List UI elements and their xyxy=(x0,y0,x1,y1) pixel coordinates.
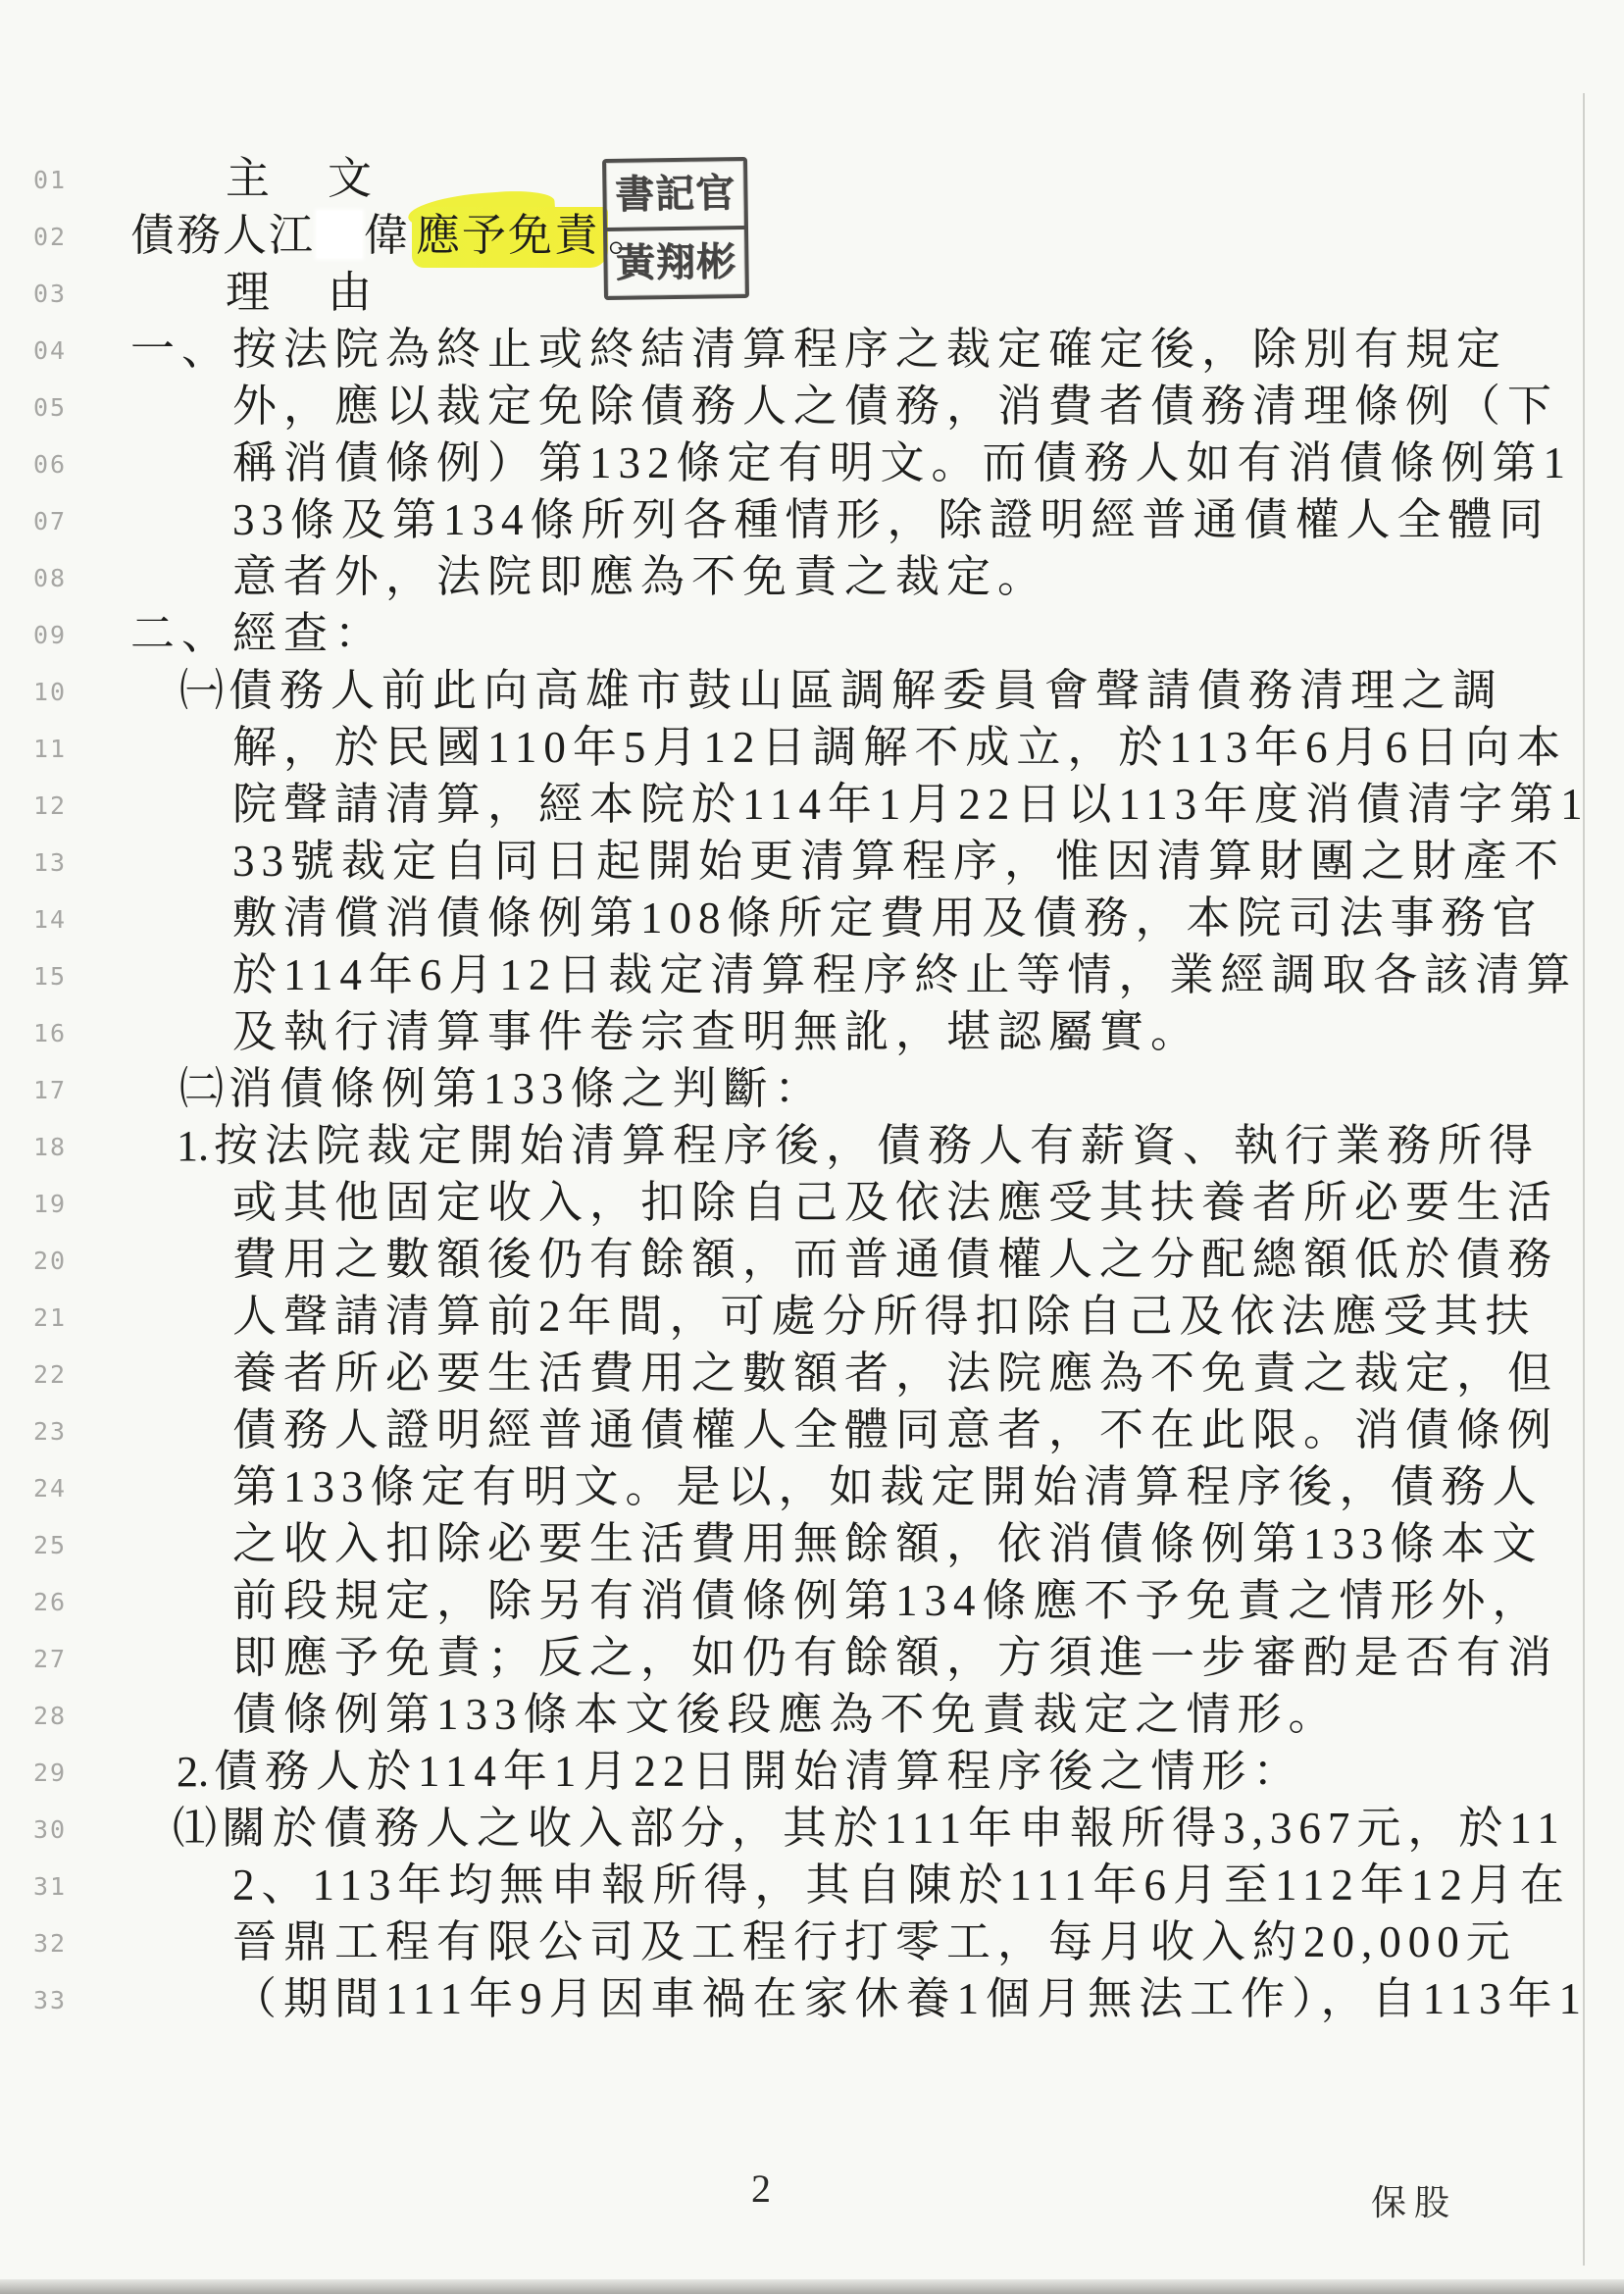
document-line: 25之收入扣除必要生活費用無餘額，依消債條例第133條本文 xyxy=(0,1516,1624,1573)
document-line: 292.債務人於114年1月22日開始清算程序後之情形： xyxy=(0,1744,1624,1801)
line-text: 債務人江偉應予免責。 xyxy=(130,208,654,264)
document-line: 17㈡消債條例第133條之判斷： xyxy=(0,1061,1624,1118)
document-line: 20費用之數額後仍有餘額，而普通債權人之分配總額低於債務 xyxy=(0,1232,1624,1289)
line-number: 17 xyxy=(33,1076,67,1104)
document-line: 02債務人江偉應予免責。 xyxy=(0,208,1624,265)
document-line: 181.按法院裁定開始清算程序後，債務人有薪資、執行業務所得 xyxy=(0,1118,1624,1175)
line-number: 22 xyxy=(33,1360,67,1389)
redaction-box xyxy=(317,211,362,258)
stamp-title: 書記官 xyxy=(606,161,744,231)
line-number: 06 xyxy=(33,450,67,479)
document-line: 1333號裁定自同日起開始更清算程序，惟因清算財團之財產不 xyxy=(0,834,1624,891)
document-line: 03理 由 xyxy=(0,265,1624,322)
line-text: 二、經查： xyxy=(130,606,385,662)
line-text: 外，應以裁定免除債務人之債務，消費者債務清理條例（下 xyxy=(232,379,1558,434)
line-number: 03 xyxy=(33,280,67,308)
document-line: 30⑴關於債務人之收入部分，其於111年申報所得3,367元，於11 xyxy=(0,1801,1624,1858)
line-text: 債條例第133條本文後段應為不免責裁定之情形。 xyxy=(232,1687,1340,1743)
document-body: 01主 文02債務人江偉應予免責。03理 由04一、按法院為終止或終結清算程序之… xyxy=(0,151,1624,2028)
document-line: 19或其他固定收入，扣除自己及依法應受其扶養者所必要生活 xyxy=(0,1175,1624,1232)
clerk-stamp: 書記官 黃翔彬 xyxy=(602,157,749,300)
line-text: 33條及第134條所列各種情形，除證明經普通債權人全體同 xyxy=(232,492,1550,548)
highlight-mark: 應予免責 xyxy=(412,207,608,268)
list-marker: 1. xyxy=(177,1122,209,1170)
line-text: 2、113年均無申報所得，其自陳於111年6月至112年12月在 xyxy=(232,1858,1571,1913)
line-text: ㈡消債條例第133條之判斷： xyxy=(179,1061,826,1117)
line-text: 稱消債條例）第132條定有明文。而債務人如有消債條例第1 xyxy=(232,435,1572,491)
document-line: 24第133條定有明文。是以，如裁定開始清算程序後，債務人 xyxy=(0,1459,1624,1516)
document-line: 04一、按法院為終止或終結清算程序之裁定確定後，除別有規定 xyxy=(0,322,1624,379)
document-line: 27即應予免責；反之，如仍有餘額，方須進一步審酌是否有消 xyxy=(0,1630,1624,1687)
list-marker: 2. xyxy=(177,1748,209,1796)
line-text: 2.債務人於114年1月22日開始清算程序後之情形： xyxy=(177,1744,1303,1800)
document-line: 28債條例第133條本文後段應為不免責裁定之情形。 xyxy=(0,1687,1624,1744)
line-number: 20 xyxy=(33,1247,67,1275)
document-line: 312、113年均無申報所得，其自陳於111年6月至112年12月在 xyxy=(0,1858,1624,1914)
stamp-name: 黃翔彬 xyxy=(607,229,745,296)
line-text: 或其他固定收入，扣除自己及依法應受其扶養者所必要生活 xyxy=(232,1175,1558,1231)
line-number: 07 xyxy=(33,507,67,535)
document-line: 33（期間111年9月因車禍在家休養1個月無法工作），自113年1 xyxy=(0,1971,1624,2028)
document-line: 0733條及第134條所列各種情形，除證明經普通債權人全體同 xyxy=(0,492,1624,549)
page-number: 2 xyxy=(751,2166,771,2212)
document-line: 15於114年6月12日裁定清算程序終止等情，業經調取各該清算 xyxy=(0,947,1624,1004)
line-number: 04 xyxy=(33,336,67,365)
line-number: 13 xyxy=(33,848,67,877)
line-text: 即應予免責；反之，如仍有餘額，方須進一步審酌是否有消 xyxy=(232,1630,1558,1686)
line-text: 之收入扣除必要生活費用無餘額，依消債條例第133條本文 xyxy=(232,1516,1544,1572)
document-page: 01主 文02債務人江偉應予免責。03理 由04一、按法院為終止或終結清算程序之… xyxy=(0,0,1624,2294)
line-number: 32 xyxy=(33,1929,67,1958)
line-number: 02 xyxy=(33,223,67,251)
court-section-label: 保股 xyxy=(1371,2175,1457,2225)
line-text: 人聲請清算前2年間，可處分所得扣除自己及依法應受其扶 xyxy=(232,1289,1537,1345)
line-number: 30 xyxy=(33,1815,67,1844)
line-number: 23 xyxy=(33,1417,67,1446)
document-line: 12院聲請清算，經本院於114年1月22日以113年度消債清字第1 xyxy=(0,777,1624,834)
line-number: 08 xyxy=(33,564,67,592)
scan-edge-bottom xyxy=(0,2279,1624,2294)
document-line: 09二、經查： xyxy=(0,606,1624,663)
line-text: （期間111年9月因車禍在家休養1個月無法工作），自113年1 xyxy=(232,1971,1588,2027)
line-number: 25 xyxy=(33,1531,67,1559)
line-number: 12 xyxy=(33,791,67,820)
line-text: 解，於民國110年5月12日調解不成立，於113年6月6日向本 xyxy=(232,720,1567,776)
line-text: 敷清償消債條例第108條所定費用及債務，本院司法事務官 xyxy=(232,891,1544,946)
list-marker: ㈠ xyxy=(179,666,224,715)
line-number: 15 xyxy=(33,962,67,991)
line-text: 理 由 xyxy=(226,265,379,321)
line-number: 21 xyxy=(33,1303,67,1332)
list-marker: ㈡ xyxy=(179,1064,224,1113)
line-text: ㈠債務人前此向高雄市鼓山區調解委員會聲請債務清理之調 xyxy=(179,663,1503,719)
document-line: 14敷清償消債條例第108條所定費用及債務，本院司法事務官 xyxy=(0,891,1624,947)
line-text: 院聲請清算，經本院於114年1月22日以113年度消債清字第1 xyxy=(232,777,1590,833)
line-text: 及執行清算事件卷宗查明無訛，堪認屬實。 xyxy=(232,1004,1201,1060)
scan-edge-right xyxy=(1583,93,1585,2266)
document-line: 05外，應以裁定免除債務人之債務，消費者債務清理條例（下 xyxy=(0,379,1624,435)
line-number: 26 xyxy=(33,1588,67,1616)
line-text: 一、按法院為終止或終結清算程序之裁定確定後，除別有規定 xyxy=(130,322,1507,378)
line-number: 05 xyxy=(33,393,67,422)
line-text: 前段規定，除另有消債條例第134條應不予免責之情形外， xyxy=(232,1573,1544,1629)
line-number: 01 xyxy=(33,166,67,194)
line-text: 第133條定有明文。是以，如裁定開始清算程序後，債務人 xyxy=(232,1459,1544,1515)
line-number: 31 xyxy=(33,1872,67,1901)
document-line: 21人聲請清算前2年間，可處分所得扣除自己及依法應受其扶 xyxy=(0,1289,1624,1346)
document-line: 01主 文 xyxy=(0,151,1624,208)
line-number: 33 xyxy=(33,1986,67,2014)
document-line: 16及執行清算事件卷宗查明無訛，堪認屬實。 xyxy=(0,1004,1624,1061)
document-line: 06稱消債條例）第132條定有明文。而債務人如有消債條例第1 xyxy=(0,435,1624,492)
line-text: 晉鼎工程有限公司及工程行打零工，每月收入約20,000元 xyxy=(232,1914,1517,1970)
line-text: 主 文 xyxy=(226,151,379,207)
line-text: ⑴關於債務人之收入部分，其於111年申報所得3,367元，於11 xyxy=(173,1801,1566,1857)
line-number: 18 xyxy=(33,1133,67,1161)
document-line: 11解，於民國110年5月12日調解不成立，於113年6月6日向本 xyxy=(0,720,1624,777)
line-number: 19 xyxy=(33,1190,67,1218)
line-text: 債務人證明經普通債權人全體同意者，不在此限。消債條例 xyxy=(232,1402,1558,1458)
line-number: 10 xyxy=(33,678,67,706)
document-line: 08意者外，法院即應為不免責之裁定。 xyxy=(0,549,1624,606)
line-number: 11 xyxy=(33,735,67,763)
line-text: 費用之數額後仍有餘額，而普通債權人之分配總額低於債務 xyxy=(232,1232,1558,1288)
line-number: 24 xyxy=(33,1474,67,1503)
list-marker: ⑴ xyxy=(173,1804,217,1853)
document-line: 22養者所必要生活費用之數額者，法院應為不免責之裁定，但 xyxy=(0,1346,1624,1402)
line-number: 27 xyxy=(33,1645,67,1673)
line-number: 14 xyxy=(33,905,67,934)
line-number: 28 xyxy=(33,1702,67,1730)
line-number: 29 xyxy=(33,1759,67,1787)
line-text: 意者外，法院即應為不免責之裁定。 xyxy=(232,549,1048,605)
line-text: 1.按法院裁定開始清算程序後，債務人有薪資、執行業務所得 xyxy=(177,1118,1540,1174)
line-text: 養者所必要生活費用之數額者，法院應為不免責之裁定，但 xyxy=(232,1346,1558,1402)
line-number: 16 xyxy=(33,1019,67,1047)
document-line: 32晉鼎工程有限公司及工程行打零工，每月收入約20,000元 xyxy=(0,1914,1624,1971)
line-number: 09 xyxy=(33,621,67,649)
line-text: 於114年6月12日裁定清算程序終止等情，業經調取各該清算 xyxy=(232,947,1577,1003)
document-line: 26前段規定，除另有消債條例第134條應不予免責之情形外， xyxy=(0,1573,1624,1630)
document-line: 23債務人證明經普通債權人全體同意者，不在此限。消債條例 xyxy=(0,1402,1624,1459)
document-line: 10㈠債務人前此向高雄市鼓山區調解委員會聲請債務清理之調 xyxy=(0,663,1624,720)
line-text: 33號裁定自同日起開始更清算程序，惟因清算財團之財產不 xyxy=(232,834,1565,890)
